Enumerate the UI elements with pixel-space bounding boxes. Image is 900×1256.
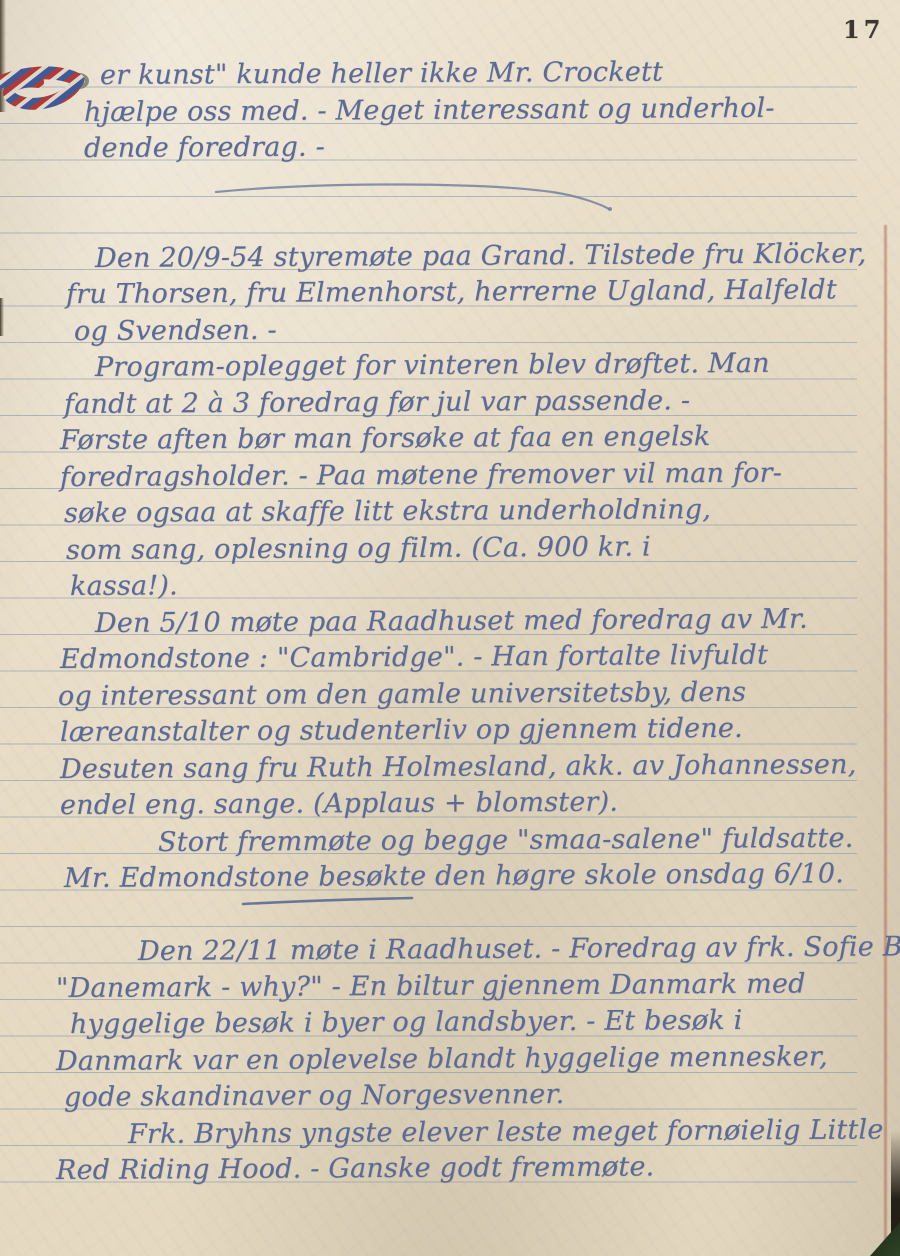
handwriting-line: Den 5/10 møte paa Raadhuset med foredrag… — [95, 604, 808, 639]
handwriting-line: Stort fremmøte og begge "smaa-salene" fu… — [158, 823, 854, 858]
handwriting-line: Frk. Bryhns yngste elever leste meget fo… — [128, 1114, 884, 1150]
handwriting-line: "Danemark - why?" - En biltur gjennem Da… — [56, 968, 806, 1004]
page-number: 17 — [843, 18, 884, 42]
handwriting-line: hyggelige besøk i byer og landsbyer. - E… — [70, 1005, 743, 1040]
handwriting-line: foredragsholder. - Paa møtene fremover v… — [60, 458, 782, 493]
section-divider-stroke — [240, 894, 416, 908]
notebook-page-photo: 17 er kunst" kunde heller ikke Mr. Crock… — [0, 0, 900, 1256]
handwriting-line: fru Thorsen, fru Elmenhorst, herrerne Ug… — [66, 274, 837, 310]
handwriting-line: Edmondstone : "Cambridge". - Han fortalt… — [60, 640, 768, 675]
handwriting-line: Den 20/9-54 styremøte paa Grand. Tilsted… — [95, 238, 867, 274]
handwriting-line: Første aften bør man forsøke at faa en e… — [60, 421, 711, 456]
handwriting-line: fandt at 2 à 3 foredrag før jul var pass… — [64, 385, 690, 420]
page-right-edge-line — [884, 225, 887, 1256]
handwriting-line: Program-oplegget for vinteren blev drøft… — [95, 348, 770, 383]
handwriting-line: kassa!). — [70, 570, 178, 602]
handwriting-line: som sang, oplesning og film. (Ca. 900 kr… — [66, 531, 651, 566]
handwriting-line: endel eng. sange. (Applaus + blomster). — [60, 787, 618, 821]
handwriting-line: og Svendsen. - — [74, 315, 277, 347]
handwriting-line: hjælpe oss med. - Meget interessant og u… — [84, 93, 775, 128]
handwriting-line: søke ogsaa at skaffe litt ekstra underho… — [64, 494, 711, 529]
handwriting-line: og interessant om den gamle universitets… — [58, 677, 746, 712]
section-divider-stroke — [212, 178, 624, 220]
page-left-edge-notch — [0, 298, 4, 336]
handwriting-line: er kunst" kunde heller ikke Mr. Crockett — [100, 57, 663, 91]
handwriting-line: læreanstalter og studenterliv op gjennem… — [60, 713, 743, 748]
handwriting-line: Danmark var en oplevelse blandt hyggelig… — [56, 1041, 828, 1077]
handwriting-line: dende foredrag. - — [84, 132, 325, 165]
handwriting-line: Mr. Edmondstone besøkte den høgre skole … — [64, 858, 844, 894]
handwriting-line: Red Riding Hood. - Ganske godt fremmøte. — [56, 1151, 655, 1186]
handwriting-line: gode skandinaver og Norgesvenner. — [64, 1079, 565, 1113]
handwriting-line: Desuten sang fru Ruth Holmesland, akk. a… — [60, 749, 857, 785]
handwriting-line: Den 22/11 møte i Raadhuset. - Foredrag a… — [138, 931, 900, 967]
